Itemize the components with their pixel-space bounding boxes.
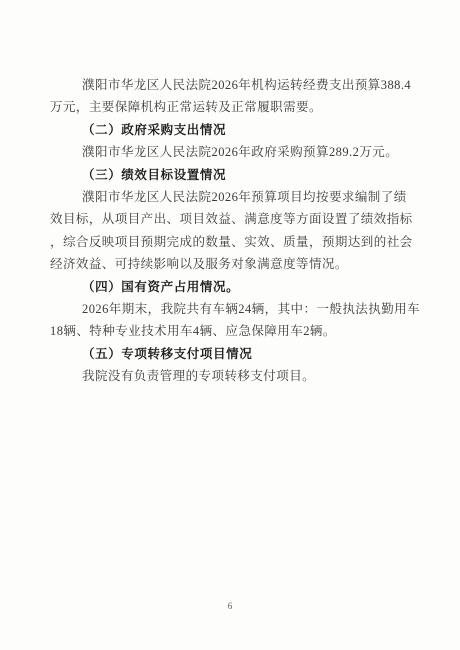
paragraph-line: 万元，主要保障机构正常运转及正常履职需要。 (50, 96, 418, 118)
paragraph-line: 2026年期末，我院共有车辆24辆，其中：一般执法执勤用车 (50, 298, 418, 320)
section-heading-3: （三）绩效目标设置情况 (50, 164, 418, 186)
page-number: 6 (0, 600, 460, 612)
paragraph-line: 18辆、特种专业技术用车4辆、应急保障用车2辆。 (50, 320, 418, 342)
paragraph-line: 濮阳市华龙区人民法院2026年预算项目均按要求编制了绩 (50, 186, 418, 208)
document-page: 濮阳市华龙区人民法院2026年机构运转经费支出预算388.4 万元，主要保障机构… (0, 0, 460, 650)
section-heading-2: （二）政府采购支出情况 (50, 119, 418, 141)
section-heading-4: （四）国有资产占用情况。 (50, 276, 418, 298)
paragraph-line: 效目标，从项目产出、项目效益、满意度等方面设置了绩效指标 (50, 208, 418, 230)
document-content: 濮阳市华龙区人民法院2026年机构运转经费支出预算388.4 万元，主要保障机构… (50, 74, 418, 388)
paragraph-line: 濮阳市华龙区人民法院2026年政府采购预算289.2万元。 (50, 141, 418, 163)
section-heading-5: （五）专项转移支付项目情况 (50, 343, 418, 365)
paragraph-line: 经济效益、可持续影响以及服务对象满意度等情况。 (50, 253, 418, 275)
paragraph-line: 我院没有负责管理的专项转移支付项目。 (50, 365, 418, 387)
paragraph-line: ，综合反映项目预期完成的数量、实效、质量，预期达到的社会 (50, 231, 418, 253)
paragraph-line: 濮阳市华龙区人民法院2026年机构运转经费支出预算388.4 (50, 74, 418, 96)
